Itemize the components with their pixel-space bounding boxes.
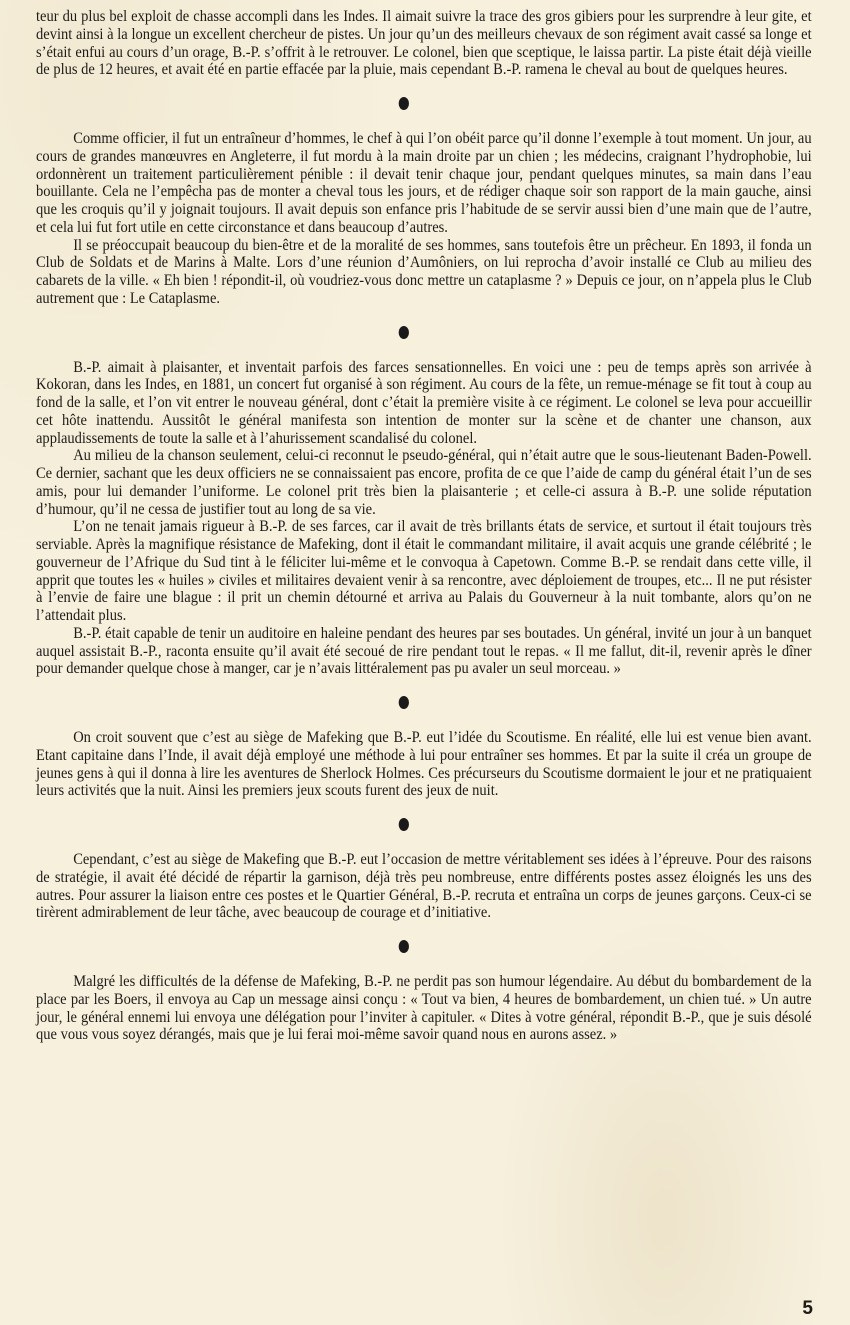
page-number: 5 xyxy=(802,1298,813,1320)
paragraph: Il se préoccupait beaucoup du bien-être … xyxy=(36,237,812,308)
paragraph: Malgré les difficultés de la défense de … xyxy=(36,973,812,1044)
section-pranks: B.-P. aimait à plaisanter, et inventait … xyxy=(36,359,812,679)
paragraph: On croit souvent que c’est au siège de M… xyxy=(36,729,812,800)
paragraph: L’on ne tenait jamais rigueur à B.-P. de… xyxy=(36,518,812,625)
section-mafeking-siege: Cependant, c’est au siège de Makefing qu… xyxy=(36,851,812,922)
paragraph: teur du plus bel exploit de chasse accom… xyxy=(36,8,812,79)
document-body: teur du plus bel exploit de chasse accom… xyxy=(36,8,812,1044)
document-page: teur du plus bel exploit de chasse accom… xyxy=(36,8,758,1044)
section-officer: Comme officier, il fut un entraîneur d’h… xyxy=(36,130,812,308)
section-separator-bullet xyxy=(398,326,408,339)
section-tracking: teur du plus bel exploit de chasse accom… xyxy=(36,8,812,79)
section-separator-bullet xyxy=(398,940,408,953)
section-humour: Malgré les difficultés de la défense de … xyxy=(36,973,812,1044)
paragraph: Comme officier, il fut un entraîneur d’h… xyxy=(36,130,812,237)
paragraph: Cependant, c’est au siège de Makefing qu… xyxy=(36,851,812,922)
paragraph: Au milieu de la chanson seulement, celui… xyxy=(36,447,812,518)
section-separator-bullet xyxy=(398,696,408,709)
paragraph: B.-P. était capable de tenir un auditoir… xyxy=(36,625,812,678)
paragraph: B.-P. aimait à plaisanter, et inventait … xyxy=(36,359,812,448)
section-separator-bullet xyxy=(398,97,408,110)
section-separator-bullet xyxy=(398,818,408,831)
section-scouting-origin: On croit souvent que c’est au siège de M… xyxy=(36,729,812,800)
